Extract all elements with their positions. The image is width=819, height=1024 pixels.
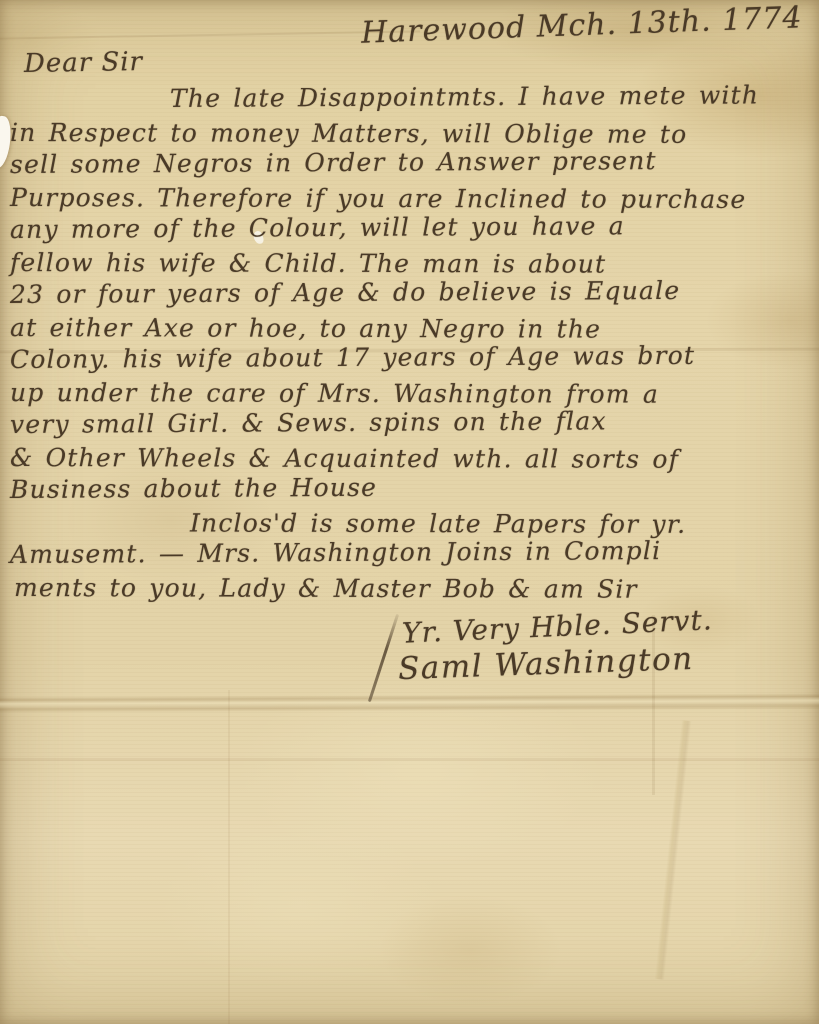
letter-line: very small Girl. & Sews. spins on the fl… bbox=[10, 404, 817, 441]
paper-fold-crease bbox=[0, 693, 819, 713]
paper-crease-top bbox=[0, 30, 420, 39]
letter-scan: Harewood Mch. 13th. 1774 Dear Sir The la… bbox=[0, 0, 819, 1024]
paper-wrinkle bbox=[654, 720, 691, 980]
letter-line: The late Disappointmts. I have mete with bbox=[10, 79, 817, 116]
letter-line: sell some Negros in Order to Answer pres… bbox=[10, 144, 817, 181]
paper-crease-lower bbox=[0, 758, 819, 761]
letter-line: Business about the House bbox=[10, 469, 817, 506]
letter-line: Amusemt. — Mrs. Washington Joins in Comp… bbox=[10, 534, 817, 571]
letter-line: 23 or four years of Age & do believe is … bbox=[10, 274, 817, 311]
paper-crease-vertical-2 bbox=[228, 690, 230, 1024]
dateline: Harewood Mch. 13th. 1774 bbox=[361, 0, 804, 50]
letter-line: ments to you, Lady & Master Bob & am Sir bbox=[10, 572, 817, 607]
letter-line: Colony. his wife about 17 years of Age w… bbox=[10, 339, 817, 376]
signature-flourish bbox=[368, 614, 399, 702]
salutation: Dear Sir bbox=[24, 47, 143, 79]
letter-line: any more of the Colour, will let you hav… bbox=[10, 209, 817, 246]
letter-body: The late Disappointmts. I have mete with… bbox=[10, 84, 817, 604]
